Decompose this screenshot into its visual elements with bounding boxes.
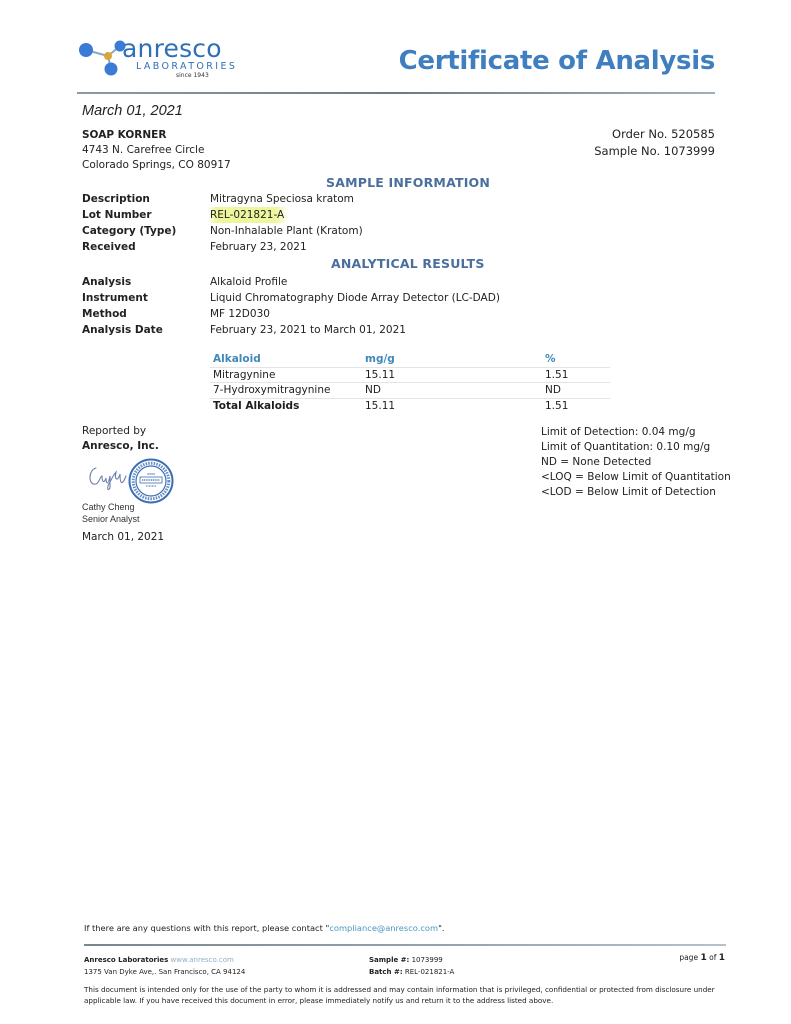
- order-ids: Order No. 520585 Sample No. 1073999: [594, 126, 715, 160]
- analysis-label: Instrument: [82, 290, 210, 306]
- analytical-results-list: Analysis Alkaloid Profile Instrument Liq…: [82, 274, 500, 338]
- legend-line: Limit of Quantitation: 0.10 mg/g: [541, 440, 731, 455]
- footer-batch-value: REL-021821-A: [405, 968, 454, 976]
- sample-number: Sample No. 1073999: [594, 143, 715, 160]
- analysis-value: Alkaloid Profile: [210, 274, 287, 290]
- sample-info-value: Non-Inhalable Plant (Kratom): [210, 223, 363, 239]
- page-prefix: page: [679, 953, 698, 962]
- analysis-label: Method: [82, 306, 210, 322]
- analysis-row: Analysis Date February 23, 2021 to March…: [82, 322, 500, 338]
- sample-info-value: February 23, 2021: [210, 239, 307, 255]
- reported-by-company: Anresco, Inc.: [82, 439, 159, 454]
- table-row: Mitragynine 15.11 1.51: [210, 368, 610, 384]
- column-header-alkaloid: Alkaloid: [210, 352, 365, 367]
- report-date: March 01, 2021: [82, 103, 183, 119]
- total-percent: 1.51: [545, 399, 610, 415]
- client-name: SOAP KORNER: [82, 128, 231, 143]
- compliance-email-link[interactable]: compliance@anresco.com: [329, 923, 438, 933]
- alkaloid-table: Alkaloid mg/g % Mitragynine 15.11 1.51 7…: [210, 352, 610, 414]
- signer-block: Cathy Cheng Senior Analyst: [82, 501, 140, 525]
- footer-batch-label: Batch #:: [369, 968, 403, 976]
- sample-info-row: Lot Number REL-021821-A: [82, 207, 363, 223]
- legend-line: ND = None Detected: [541, 455, 731, 470]
- sample-info-label: Lot Number: [82, 207, 210, 223]
- sample-info-row: Description Mitragyna Speciosa kratom: [82, 191, 363, 207]
- sample-info-row: Category (Type) Non-Inhalable Plant (Kra…: [82, 223, 363, 239]
- sample-information-list: Description Mitragyna Speciosa kratom Lo…: [82, 191, 363, 255]
- footer-address: 1375 Van Dyke Ave,. San Francisco, CA 94…: [84, 966, 245, 978]
- footer-website-link[interactable]: www.anresco.com: [171, 956, 234, 964]
- analytical-results-heading: ANALYTICAL RESULTS: [331, 256, 485, 271]
- legend-line: Limit of Detection: 0.04 mg/g: [541, 425, 731, 440]
- alkaloid-percent: ND: [545, 383, 610, 398]
- sample-info-label: Category (Type): [82, 223, 210, 239]
- page-of: of: [709, 953, 716, 962]
- analysis-label: Analysis: [82, 274, 210, 290]
- footer-lab-info: Anresco Laboratories www.anresco.com 137…: [84, 954, 245, 978]
- sample-info-row: Received February 23, 2021: [82, 239, 363, 255]
- document-title: Certificate of Analysis: [399, 46, 715, 76]
- signed-date: March 01, 2021: [82, 531, 164, 543]
- footer-sample-value: 1073999: [412, 956, 443, 964]
- contact-note: If there are any questions with this rep…: [84, 923, 445, 933]
- column-header-percent: %: [545, 352, 610, 367]
- reported-by-block: Reported by Anresco, Inc.: [82, 424, 159, 454]
- sample-information-heading: SAMPLE INFORMATION: [326, 175, 490, 190]
- client-block: SOAP KORNER 4743 N. Carefree Circle Colo…: [82, 128, 231, 173]
- alkaloid-percent: 1.51: [545, 368, 610, 383]
- limits-legend: Limit of Detection: 0.04 mg/g Limit of Q…: [541, 425, 731, 500]
- lot-number-highlighted: REL-021821-A: [208, 207, 288, 223]
- page-indicator: page 1 of 1: [679, 953, 725, 963]
- footer-divider: [84, 944, 726, 946]
- reported-by-label: Reported by: [82, 424, 159, 439]
- alkaloid-table-header: Alkaloid mg/g %: [210, 352, 610, 368]
- page-current: 1: [700, 953, 706, 963]
- anresco-logo: anresco LABORATORIES since 1943: [78, 38, 238, 84]
- logo-wordmark: anresco: [122, 34, 222, 63]
- total-alkaloids-label: Total Alkaloids: [210, 399, 365, 415]
- client-address-line2: Colorado Springs, CO 80917: [82, 158, 231, 173]
- confidentiality-disclaimer: This document is intended only for the u…: [84, 984, 734, 1006]
- alkaloid-name: Mitragynine: [210, 368, 365, 383]
- notary-seal-icon: [128, 458, 174, 504]
- analysis-row: Analysis Alkaloid Profile: [82, 274, 500, 290]
- page-total: 1: [719, 953, 725, 963]
- contact-suffix: ".: [438, 923, 444, 933]
- table-row-total: Total Alkaloids 15.11 1.51: [210, 399, 610, 415]
- analysis-row: Method MF 12D030: [82, 306, 500, 322]
- legend-line: <LOQ = Below Limit of Quantitation: [541, 470, 731, 485]
- footer-sample-info: Sample #: 1073999 Batch #: REL-021821-A: [369, 954, 454, 978]
- logo-subtitle: LABORATORIES: [136, 61, 237, 72]
- sample-info-label: Received: [82, 239, 210, 255]
- analysis-value: Liquid Chromatography Diode Array Detect…: [210, 290, 500, 306]
- logo-since: since 1943: [176, 72, 209, 79]
- signature-icon: [86, 462, 130, 492]
- order-number: Order No. 520585: [594, 126, 715, 143]
- analysis-value: February 23, 2021 to March 01, 2021: [210, 322, 406, 338]
- signer-name: Cathy Cheng: [82, 501, 140, 513]
- footer-lab-name: Anresco Laboratories: [84, 956, 168, 964]
- analysis-row: Instrument Liquid Chromatography Diode A…: [82, 290, 500, 306]
- table-row: 7-Hydroxymitragynine ND ND: [210, 383, 610, 399]
- alkaloid-name: 7-Hydroxymitragynine: [210, 383, 365, 398]
- header-divider: [77, 92, 715, 94]
- analysis-value: MF 12D030: [210, 306, 270, 322]
- legend-line: <LOD = Below Limit of Detection: [541, 485, 731, 500]
- molecule-icon: [78, 38, 128, 84]
- alkaloid-mg-per-g: ND: [365, 383, 545, 398]
- signer-title: Senior Analyst: [82, 513, 140, 525]
- footer-sample-label: Sample #:: [369, 956, 409, 964]
- analysis-label: Analysis Date: [82, 322, 210, 338]
- sample-info-value: Mitragyna Speciosa kratom: [210, 191, 354, 207]
- client-address-line1: 4743 N. Carefree Circle: [82, 143, 231, 158]
- column-header-mg-per-g: mg/g: [365, 352, 545, 367]
- sample-info-label: Description: [82, 191, 210, 207]
- alkaloid-mg-per-g: 15.11: [365, 368, 545, 383]
- contact-prefix: If there are any questions with this rep…: [84, 923, 329, 933]
- total-mg-per-g: 15.11: [365, 399, 545, 415]
